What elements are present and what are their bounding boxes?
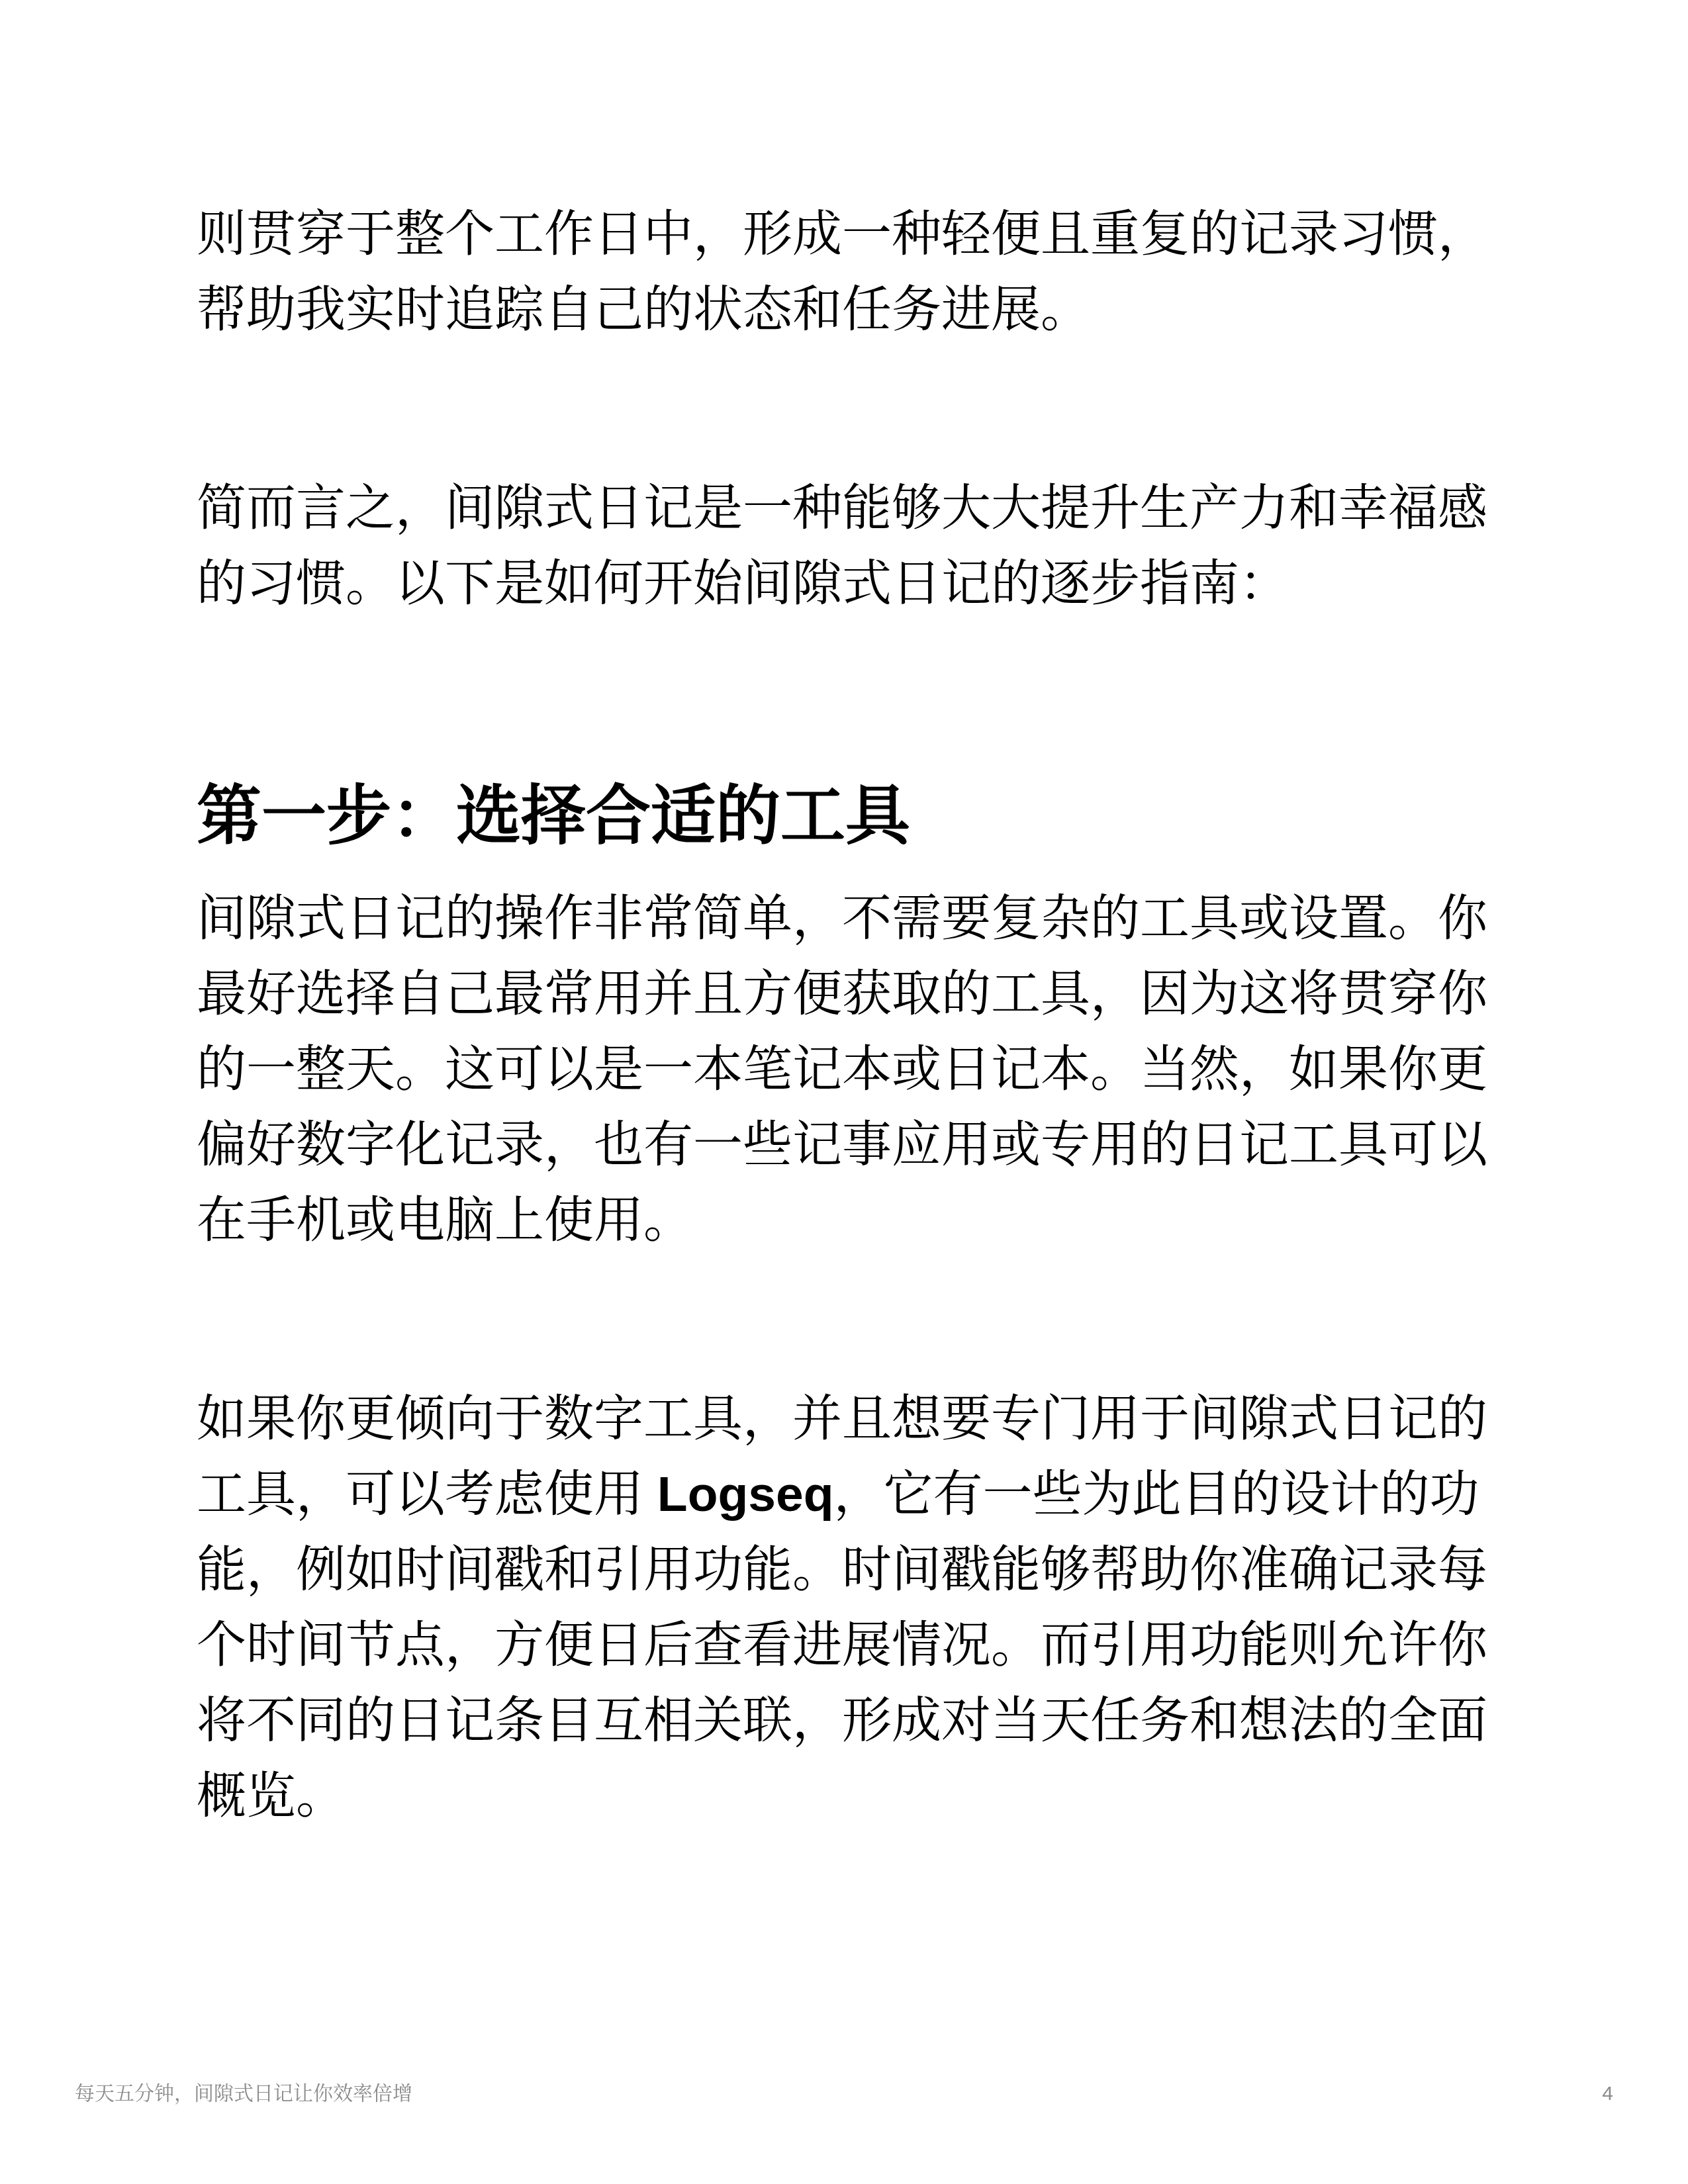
text-line: 工具，可以考虑使用 Logseq，它有一些为此目的设计的功 bbox=[197, 1456, 1560, 1531]
footer-document-title: 每天五分钟，间隙式日记让你效率倍增 bbox=[75, 2079, 412, 2109]
text-segment: ，它有一些为此目的设计的功 bbox=[834, 1466, 1479, 1522]
paragraph-intro-continuation: 则贯穿于整个工作日中，形成一种轻便且重复的记录习惯， 帮助我实时追踪自己的状态和… bbox=[197, 196, 1560, 347]
paragraph-summary: 简而言之，间隙式日记是一种能够大大提升生产力和幸福感 的习惯。以下是如何开始间隙… bbox=[197, 470, 1560, 621]
paragraph-tool-choice: 间隙式日记的操作非常简单，不需要复杂的工具或设置。你 最好选择自己最常用并且方便… bbox=[197, 880, 1560, 1257]
text-line: 帮助我实时追踪自己的状态和任务进展。 bbox=[197, 271, 1560, 347]
text-line: 的习惯。以下是如何开始间隙式日记的逐步指南： bbox=[197, 545, 1560, 621]
text-segment: 工具，可以考虑使用 bbox=[197, 1466, 657, 1522]
text-line: 简而言之，间隙式日记是一种能够大大提升生产力和幸福感 bbox=[197, 470, 1560, 545]
page-footer: 每天五分钟，间隙式日记让你效率倍增 4 bbox=[75, 2079, 1613, 2109]
text-line: 个时间节点，方便日后查看进展情况。而引用功能则允许你 bbox=[197, 1607, 1560, 1682]
text-line: 概览。 bbox=[197, 1758, 1560, 1833]
text-line: 将不同的日记条目互相关联，形成对当天任务和想法的全面 bbox=[197, 1682, 1560, 1758]
paragraph-logseq: 如果你更倾向于数字工具，并且想要专门用于间隙式日记的 工具，可以考虑使用 Log… bbox=[197, 1381, 1560, 1833]
text-line: 最好选择自己最常用并且方便获取的工具，因为这将贯穿你 bbox=[197, 956, 1560, 1031]
document-page: 则贯穿于整个工作日中，形成一种轻便且重复的记录习惯， 帮助我实时追踪自己的状态和… bbox=[0, 0, 1688, 2184]
text-line: 如果你更倾向于数字工具，并且想要专门用于间隙式日记的 bbox=[197, 1381, 1560, 1456]
text-line: 能，例如时间戳和引用功能。时间戳能够帮助你准确记录每 bbox=[197, 1531, 1560, 1607]
text-line: 则贯穿于整个工作日中，形成一种轻便且重复的记录习惯， bbox=[197, 196, 1560, 271]
section-heading-step1: 第一步：选择合适的工具 bbox=[197, 770, 1560, 861]
text-line: 在手机或电脑上使用。 bbox=[197, 1182, 1560, 1257]
text-line: 偏好数字化记录，也有一些记事应用或专用的日记工具可以 bbox=[197, 1107, 1560, 1182]
logseq-product-name: Logseq bbox=[657, 1466, 834, 1522]
text-line: 的一整天。这可以是一本笔记本或日记本。当然，如果你更 bbox=[197, 1031, 1560, 1107]
text-line: 间隙式日记的操作非常简单，不需要复杂的工具或设置。你 bbox=[197, 880, 1560, 956]
page-number: 4 bbox=[1602, 2079, 1613, 2109]
